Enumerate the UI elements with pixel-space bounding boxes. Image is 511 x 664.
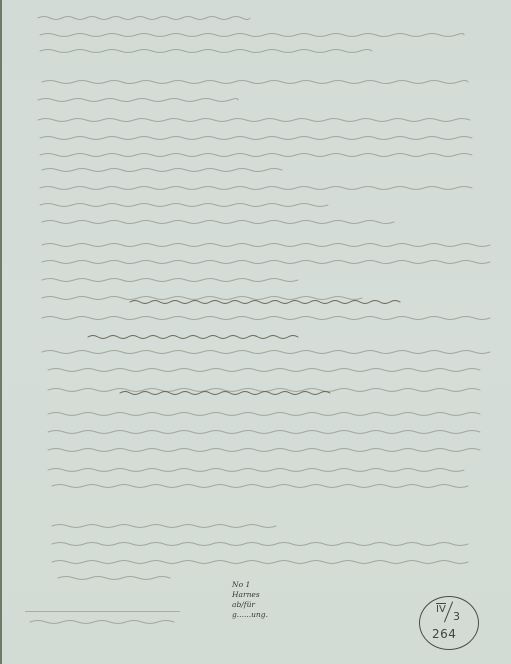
horizontal-rule <box>25 611 180 612</box>
handwriting-lines <box>0 0 511 664</box>
stamp-number: 264 <box>432 627 456 641</box>
margin-note-line: Harnes <box>232 590 268 600</box>
margin-note: No 1 Harnes ab/für g......ung. <box>232 580 268 620</box>
manuscript-page: No 1 Harnes ab/für g......ung. IV 3 264 <box>0 0 511 664</box>
margin-note-line: g......ung. <box>232 610 268 620</box>
margin-note-line: ab/für <box>232 600 268 610</box>
stamp-subsection: 3 <box>453 610 460 623</box>
archive-stamp: IV 3 264 <box>419 596 479 650</box>
margin-note-line: No 1 <box>232 580 268 590</box>
stamp-section: IV <box>436 603 446 615</box>
